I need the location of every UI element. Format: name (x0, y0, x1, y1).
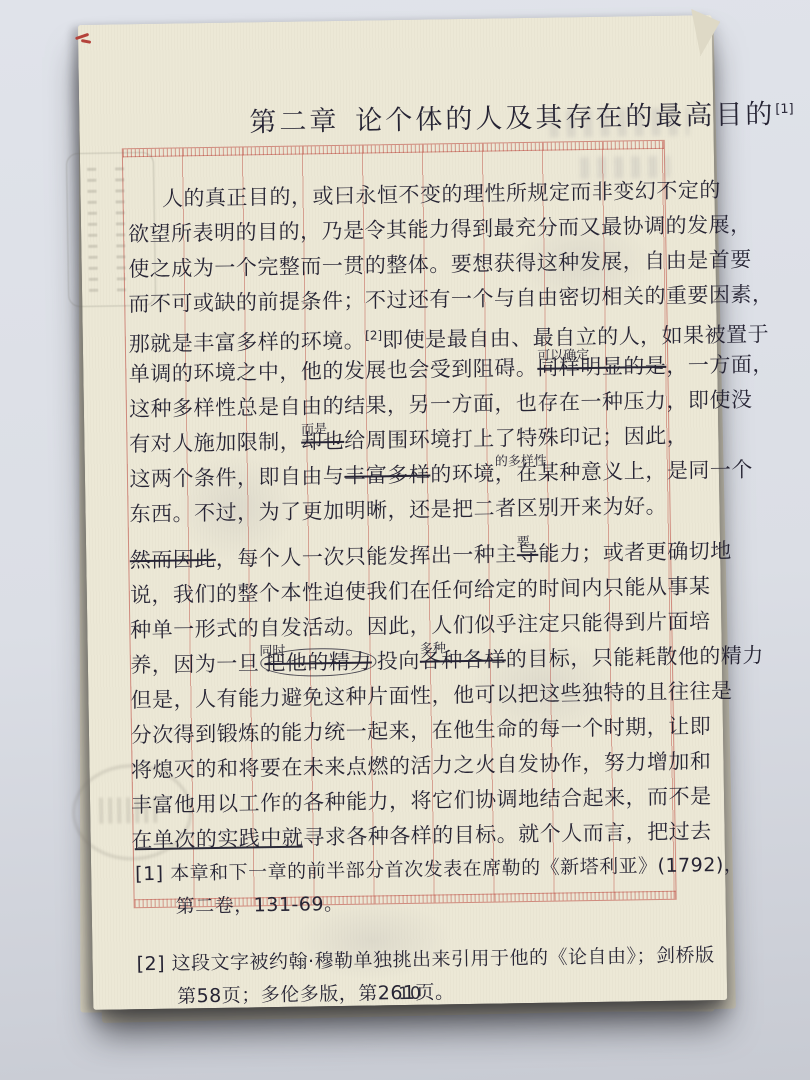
handwritten-text: ，一方面， (666, 352, 774, 378)
handwritten-text: 分次得到锻炼的能力统一起来，在他生命的每一个时期，让即 (131, 714, 712, 747)
title-footnote-ref: [1] (775, 102, 794, 117)
handwritten-text: 有对人施加限制， (129, 430, 301, 457)
handwritten-text: 而不可或缺的前提条件；不过还有一个与自由密切相关的重要因素， (128, 282, 773, 316)
handwritten-text: 这两个条件，即自由与 (129, 464, 344, 491)
handwritten-text: 第二卷，131-69。 (176, 893, 344, 918)
handwritten-text: [1] 本章和下一章的前半部分首次发表在席勒的《新塔利亚》(1792)， (135, 854, 743, 886)
paper-stack: 第二章论个体的人及其存在的最高目的[1] 人的真正目的，或曰永恒不变的理性所规定… (78, 15, 727, 1010)
handwritten-text: 给周围环境打上了特殊印记；因此， (344, 423, 688, 452)
handwritten-text: 能力；或者更确切地 (538, 539, 732, 566)
chapter-number: 第二章 (249, 106, 339, 138)
handwritten-text: 的环境 (430, 462, 495, 487)
handwritten-text: 这种多样性总是自由的结果，另一方面，也存在一种压力，即使没 (129, 387, 753, 421)
manuscript-body: 人的真正目的，或曰永恒不变的理性所规定而非变幻不定的欲望所表明的目的，乃是令其能… (128, 173, 717, 858)
handwritten-text: 种单一形式的自发活动。因此，人们似乎注定只能得到片面培 (130, 609, 711, 642)
footnote: [1] 本章和下一章的前半部分首次发表在席勒的《新塔利亚》(1792)，第二卷，… (135, 849, 722, 924)
chapter-title-text: 论个体的人及其存在的最高目的 (355, 99, 775, 137)
handwritten-text: 使之成为一个完整而一贯的整体。要想获得这种发展，自由是首要 (128, 247, 752, 281)
handwritten-text: 那就是丰富多样的环境。 (129, 329, 366, 357)
handwritten-text: 说，我们的整个本性迫使我们在任何给定的时间内只能从事某 (130, 574, 711, 607)
strikethrough-text: 丰富多样 (344, 463, 430, 488)
body-paragraph: 然而因此，每个人一次只能发挥出一种主要导能力；或者更确切地说，我们的整个本性迫使… (130, 534, 718, 858)
footnote-ref: [2] (365, 328, 382, 342)
handwritten-text: 将熄灭的和将要在未来点燃的活力之火自发协作，努力增加和 (131, 749, 712, 782)
handwritten-text: ，每个人一次只能发挥出一种主 (216, 542, 517, 571)
handwritten-text: [2] 这段文字被约翰·穆勒单独挑出来引用于他的《论自由》；剑桥版 (136, 944, 714, 975)
handwritten-text: 的目标，只能耗散他的精力 (506, 643, 764, 671)
red-binding-mark (75, 33, 97, 45)
handwritten-text: 养，因为一旦 (130, 651, 259, 677)
handwritten-text: 单调的环境之中，他的发展也会受到阻碍。 (129, 356, 538, 386)
handwritten-text: 人的真正目的，或曰永恒不变的理性所规定而非变幻不定的 (162, 178, 721, 211)
handwritten-text: 投向 (377, 649, 420, 674)
handwritten-text: 丰富他用以工作的各种能力，将它们协调地结合起来，而不是 (131, 784, 712, 817)
strikethrough-text: 然而因此 (130, 547, 216, 572)
handwritten-text: 欲望所表明的目的，乃是令其能力得到最充分而又最协调的发展， (128, 212, 752, 246)
handwritten-text: 但是，人有能力避免这种片面性，他可以把这些独特的且往往是 (131, 679, 733, 712)
handwritten-text: 东西。不过，为了更加明晰，还是把二者区别开来为好。 (130, 494, 668, 526)
dog-ear-corner (687, 9, 721, 57)
manuscript-page: 第二章论个体的人及其存在的最高目的[1] 人的真正目的，或曰永恒不变的理性所规定… (78, 15, 727, 1010)
chapter-title: 第二章论个体的人及其存在的最高目的[1] (249, 92, 794, 140)
body-paragraph: 人的真正目的，或曰永恒不变的理性所规定而非变幻不定的欲望所表明的目的，乃是令其能… (128, 173, 716, 532)
